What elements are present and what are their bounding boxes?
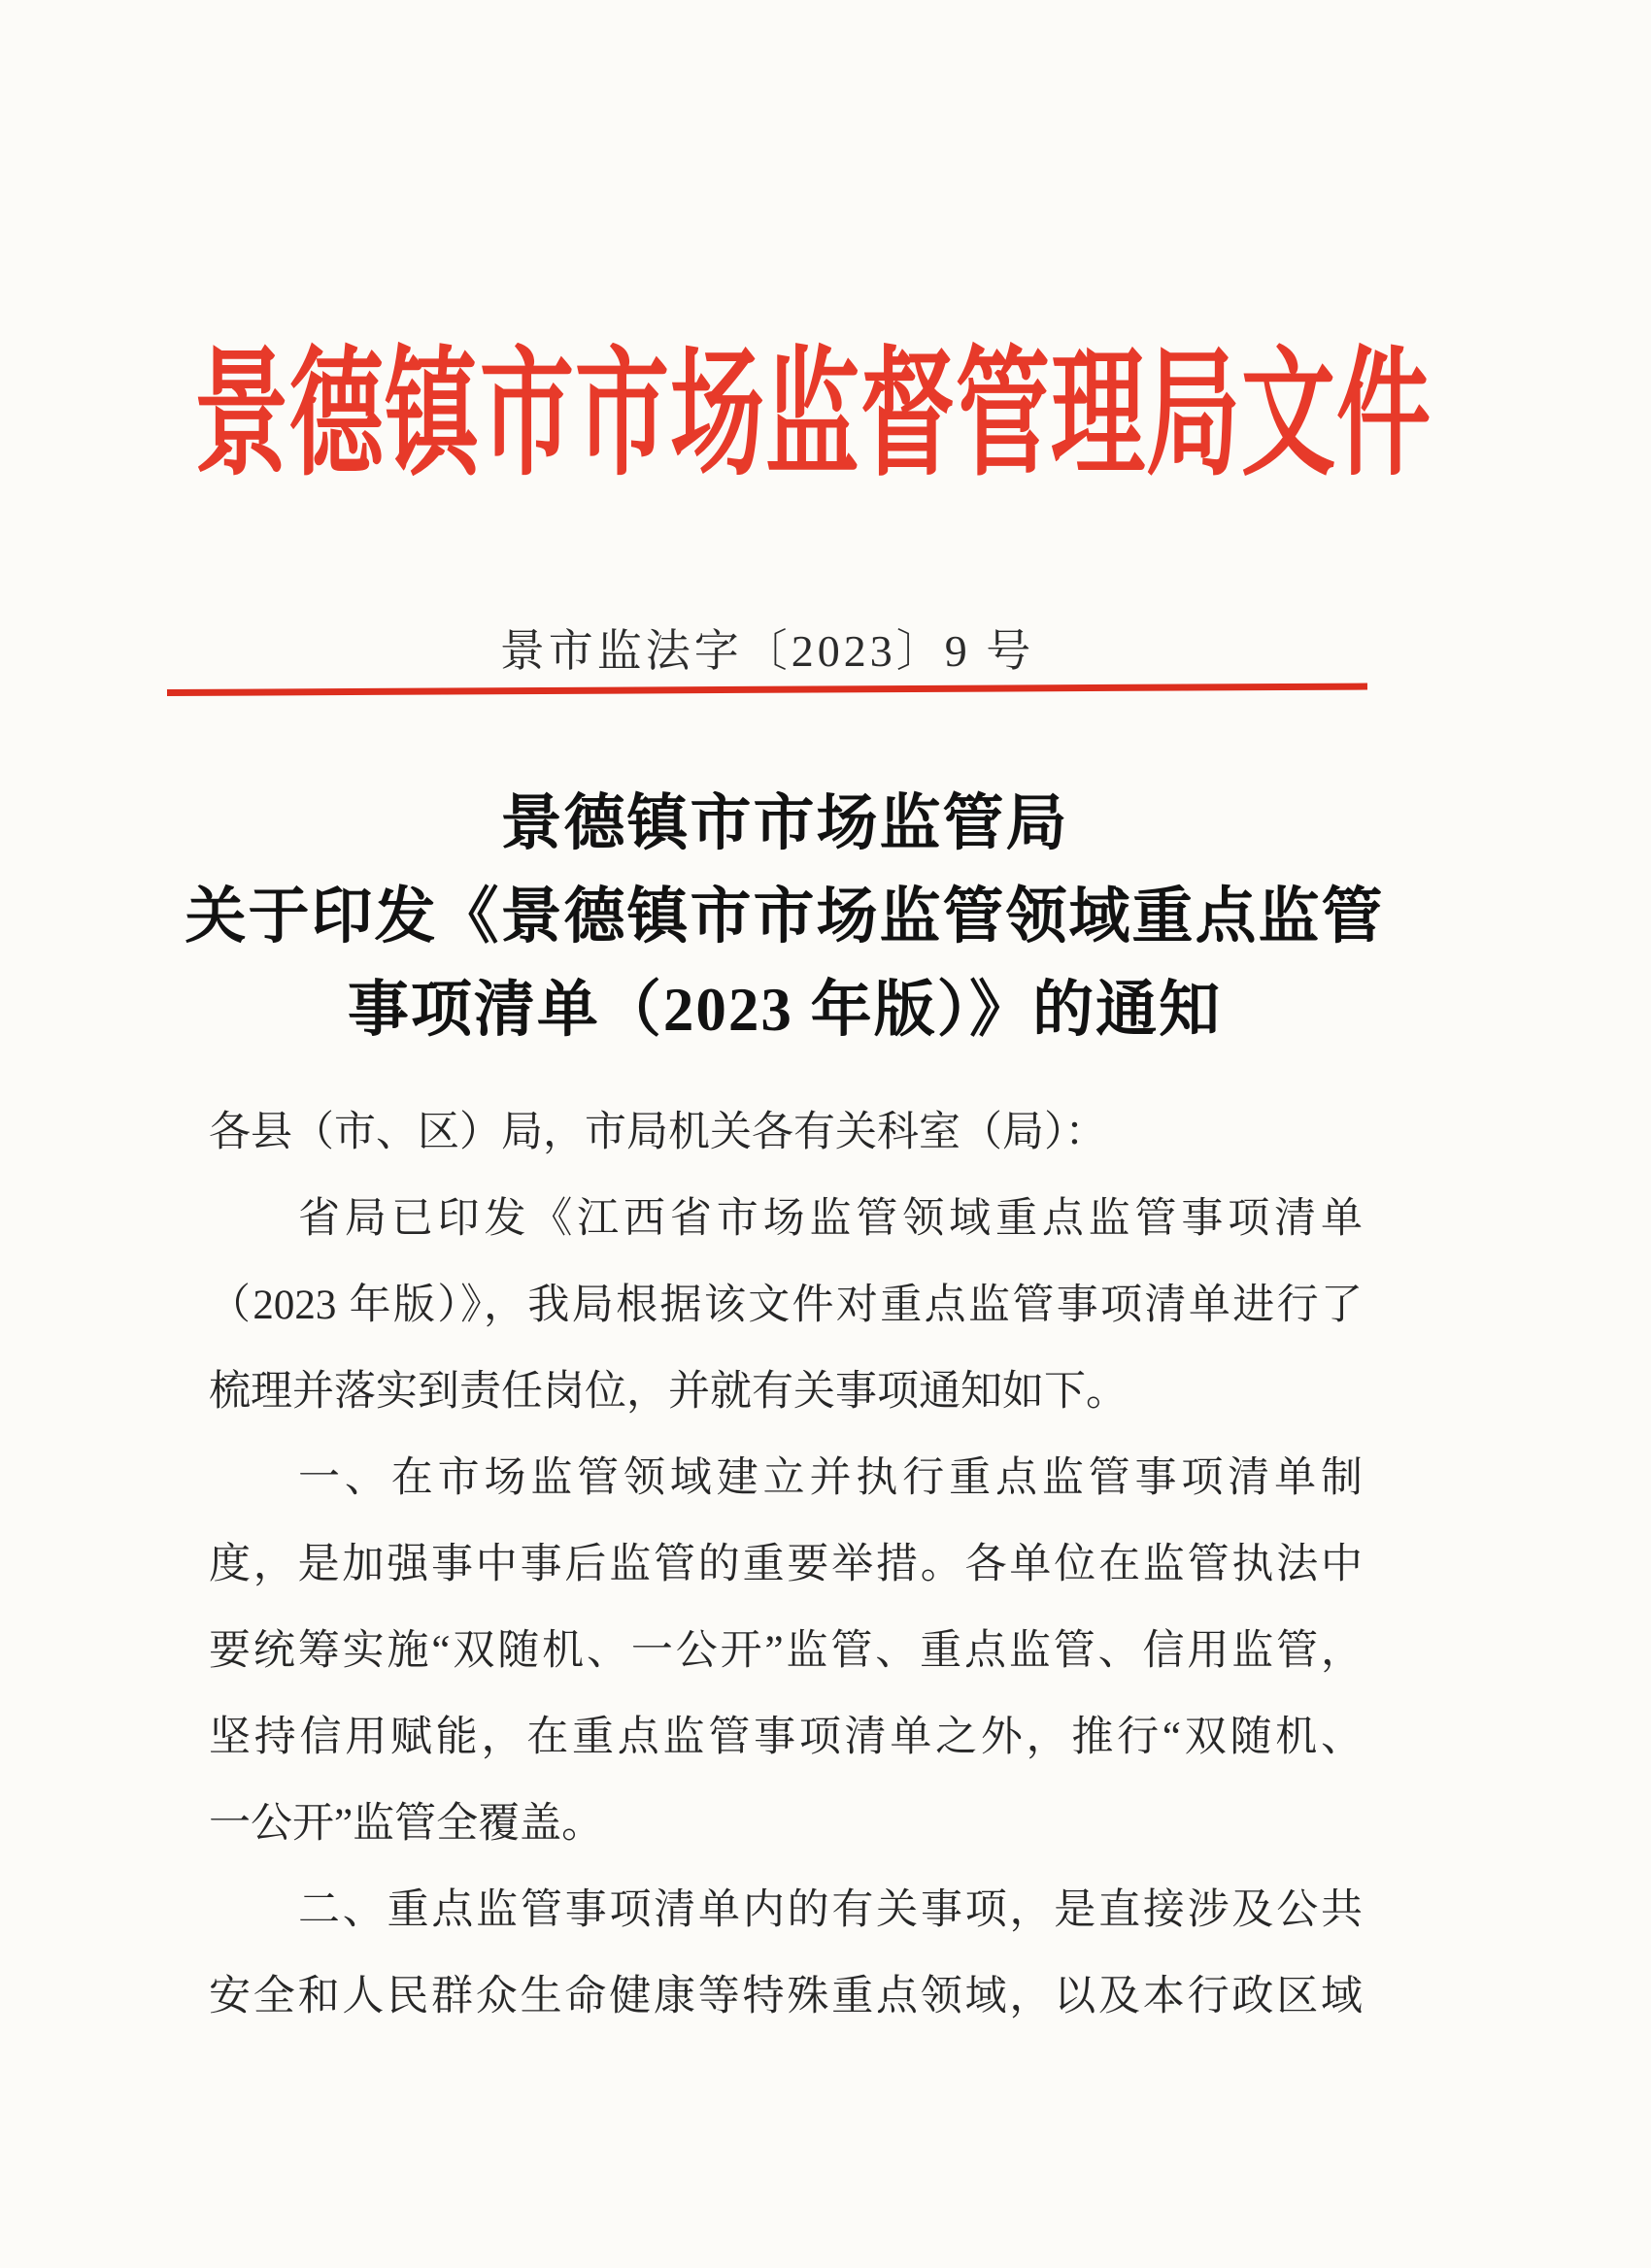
doc-number: 景市监法字〔2023〕9 号 bbox=[87, 616, 1447, 680]
notice-title: 景德镇市市场监管局 关于印发《景德镇市市场监管领域重点监管 事项清单（2023 … bbox=[105, 777, 1465, 1056]
salutation-line: 各县（市、区）局，市局机关各有关科室（局）： bbox=[209, 1089, 1363, 1176]
document-page: 景德镇市市场监督管理局文件 景市监法字〔2023〕9 号 景德镇市市场监管局 关… bbox=[0, 0, 1651, 2268]
red-divider-line bbox=[167, 684, 1367, 696]
notice-title-line-3: 事项清单（2023 年版）》的通知 bbox=[105, 963, 1465, 1056]
body-line: 省局已印发《江西省市场监管领域重点监管事项清单 bbox=[209, 1176, 1363, 1262]
body-line: 一公开”监管全覆盖。 bbox=[209, 1781, 1363, 1867]
body-line: 梳理并落实到责任岗位，并就有关事项通知如下。 bbox=[209, 1349, 1363, 1435]
letterhead-title: 景德镇市市场监督管理局文件 bbox=[194, 301, 1432, 502]
body-line-item-1: 一、在市场监管领域建立并执行重点监管事项清单制 bbox=[209, 1435, 1363, 1521]
body-line: 要统筹实施“双随机、一公开”监管、重点监管、信用监管， bbox=[209, 1608, 1363, 1694]
body-line: 坚持信用赋能，在重点监管事项清单之外，推行“双随机、 bbox=[209, 1694, 1363, 1781]
notice-title-line-1: 景德镇市市场监管局 bbox=[105, 777, 1465, 870]
body-line-item-2: 二、重点监管事项清单内的有关事项，是直接涉及公共 bbox=[209, 1867, 1363, 1953]
notice-title-line-2: 关于印发《景德镇市市场监管领域重点监管 bbox=[105, 870, 1465, 963]
notice-body: 各县（市、区）局，市局机关各有关科室（局）： 省局已印发《江西省市场监管领域重点… bbox=[209, 1089, 1363, 2040]
body-line: 安全和人民群众生命健康等特殊重点领域，以及本行政区域 bbox=[209, 1953, 1363, 2040]
body-line: 度，是加强事中事后监管的重要举措。各单位在监管执法中 bbox=[209, 1521, 1363, 1608]
body-line: （2023 年版）》，我局根据该文件对重点监管事项清单进行了 bbox=[209, 1262, 1363, 1349]
